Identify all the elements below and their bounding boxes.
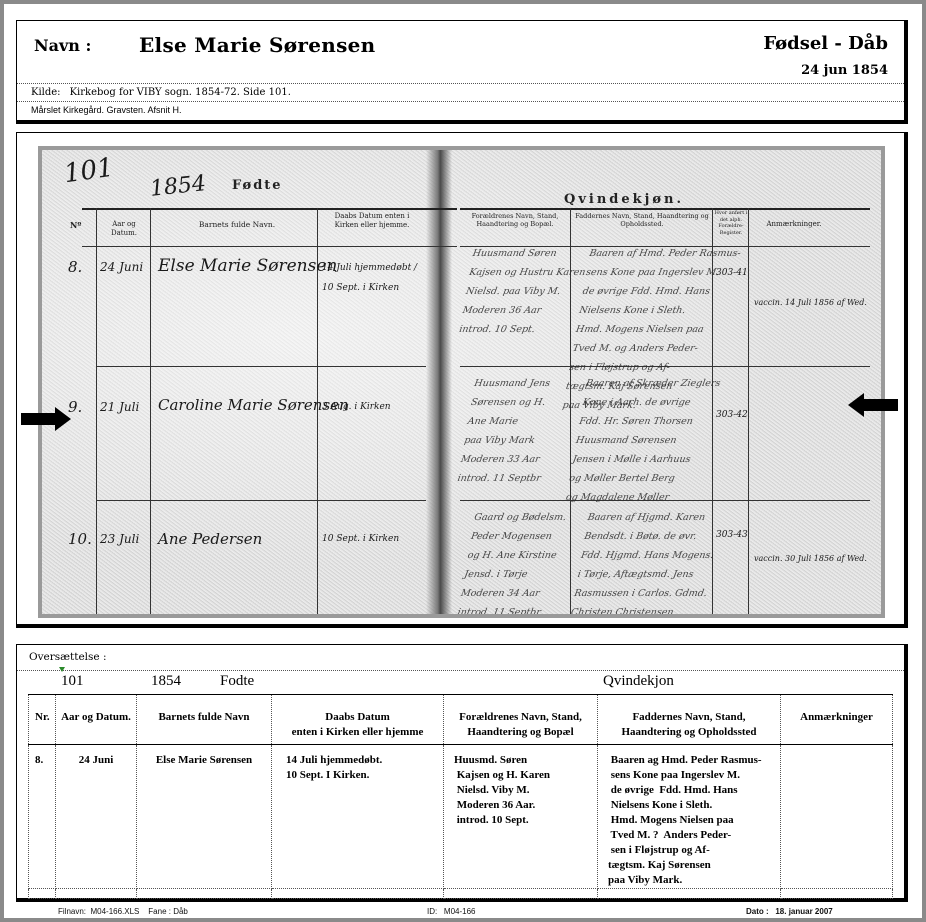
col-header-baptism: Daabs Datum enten i Kirken eller hjemme [272,695,444,745]
col-header-nr: Nr. [29,695,56,745]
person-name: Else Marie Sørensen [139,33,376,57]
scan-entry-nr: 10. [68,530,92,548]
scan-rule [460,208,870,210]
scan-rule [96,500,426,501]
scan-entry-parents: Huusmand JensSørensen og H.Ane Mariepaa … [456,374,559,488]
church-book-scan: 101 1854 Fødte Qvindekjøn. Nº Aar og Dat… [38,146,885,618]
sheet-value: Dåb [173,907,188,916]
name-label: Navn : [34,36,91,55]
footer-id: ID: M04-166 [427,907,475,916]
scan-col-remarks: Anmærkninger. [754,220,834,229]
filename-label: Filnavn: [58,907,86,916]
scan-entry-baptism: 14 Juli hjemmedøbt / 10 Sept. i Kirken [322,258,422,298]
scan-rule [96,366,426,367]
scan-col-register: Hvor anført i det alph. Forældre-Registe… [714,210,748,236]
filename-value: M04-166.XLS [90,907,139,916]
table-row: 8. 24 Juni Else Marie Sørensen 14 Juli h… [29,745,893,889]
scan-entry-name: Else Marie Sørensen [158,256,337,276]
document-page: Navn : Else Marie Sørensen Fødsel - Dåb … [4,4,922,918]
scan-entry-parents: Huusmand SørenKajsen og Hustru KarenNiel… [458,244,591,339]
translation-panel: Oversættelse : 101 1854 Fodte Qvindekjon… [16,644,908,902]
date-value: 18. januar 2007 [775,907,832,916]
col-header-child-name: Barnets fulde Navn [137,695,272,745]
translation-section: Fodte [220,673,254,690]
scan-entry-register: 303-43 [716,530,748,540]
date-label: Dato : [746,907,769,916]
scan-entry-parents: Gaard og Bødelsm.Peder Mogensenog H. Ane… [456,508,568,618]
arrow-right-icon [21,407,71,431]
scan-entry-baptism: 3 Aug. i Kirken [322,402,391,412]
table-row-empty [29,889,893,899]
id-value: M04-166 [444,907,476,916]
cell-remarks [781,745,893,889]
scan-entry-nr: 8. [68,258,82,276]
scan-entry-date: 23 Juli [100,532,139,546]
source-line: Kilde:Kirkebog for VIBY sogn. 1854-72. S… [31,87,291,98]
source-label: Kilde: [31,87,61,98]
scan-entry-remark: vaccin. 14 Juli 1856 af Wed. [754,298,867,307]
cell-godparents: Baaren ag Hmd. Peder Rasmus- sens Kone p… [598,745,781,889]
scan-entry-remark: vaccin. 30 Juli 1856 af Wed. [754,554,867,563]
footer-filename: Filnavn: M04-166.XLS Fane : Dåb [58,907,188,916]
divider [17,101,904,102]
scan-entry-date: 24 Juni [100,260,143,274]
scan-year: 1854 [149,171,207,202]
cell-nr: 8. [29,745,56,889]
scan-rule [96,208,97,618]
register-scan-panel: 101 1854 Fødte Qvindekjøn. Nº Aar og Dat… [16,132,908,628]
scan-entry-godparents: Baaren af Hjgmd. KarenBendsdt. i Bøtø. d… [563,508,722,618]
translation-label: Oversættelse : [29,651,107,663]
divider [17,670,904,671]
table-header-row: Nr. Aar og Datum. Barnets fulde Navn Daa… [29,695,893,745]
scan-col-name: Barnets fulde Navn. [162,220,312,230]
scan-rule [82,246,457,247]
scan-right-title: Qvindekjøn. [564,192,684,209]
comment-marker-icon [59,667,65,672]
id-label: ID: [427,907,437,916]
scan-entry-name: Caroline Marie Sørensen [158,396,349,414]
sheet-label: Fane : [148,907,171,916]
scan-entry-name: Ane Pedersen [158,530,262,548]
scan-col-date: Aar og Datum. [100,220,148,238]
cell-parents: Huusmd. Søren Kajsen og H. Karen Nielsd.… [444,745,598,889]
scan-rule [748,208,749,618]
cell-baptism: 14 Juli hjemmedøbt. 10 Sept. I Kirken. [272,745,444,889]
translation-table: Nr. Aar og Datum. Barnets fulde Navn Daa… [28,694,893,899]
col-header-parents: Forældrenes Navn, Stand, Haandtering og … [444,695,598,745]
col-header-godparents: Faddernes Navn, Stand, Haandtering og Op… [598,695,781,745]
book-spine [426,150,452,614]
translation-page: 101 [61,673,84,690]
scan-entry-register: 303-42 [716,410,748,420]
scan-entry-godparents: Baaren af Skræder ZieglersKone i Aarh. d… [564,374,722,507]
divider [17,83,904,84]
scan-left-title: Fødte [232,178,283,195]
footer-date: Dato : 18. januar 2007 [746,907,833,916]
event-type: Fødsel - Dåb [763,33,888,54]
scan-col-parents: Forældrenes Navn, Stand, Haandtering og … [462,212,568,229]
col-header-remarks: Anmærkninger [781,695,893,745]
scan-col-nr: Nº [70,220,81,230]
scan-entry-register: 303-41 [716,268,748,278]
scan-entry-date: 21 Juli [100,400,139,414]
scan-col-godparents: Faddernes Navn, Stand, Haandtering og Op… [574,212,710,229]
cell-child-name: Else Marie Sørensen [137,745,272,889]
scan-entry-baptism: 10 Sept. i Kirken [322,534,399,544]
source-value: Kirkebog for VIBY sogn. 1854-72. Side 10… [70,87,291,98]
col-header-date: Aar og Datum. [56,695,137,745]
person-header: Navn : Else Marie Sørensen Fødsel - Dåb … [16,20,908,124]
translation-year: 1854 [151,673,181,690]
scan-col-baptism: Daabs Datum enten i Kirken eller hjemme. [322,212,422,230]
event-date: 24 jun 1854 [801,63,888,78]
scan-page-number: 101 [62,153,115,190]
cell-date: 24 Juni [56,745,137,889]
scan-rule [150,208,151,618]
scan-rule [82,208,457,210]
arrow-left-icon [848,393,898,417]
burial-note: Mårslet Kirkegård. Gravsten. Afsnit H. [31,105,182,115]
translation-gender: Qvindekjon [603,673,674,690]
